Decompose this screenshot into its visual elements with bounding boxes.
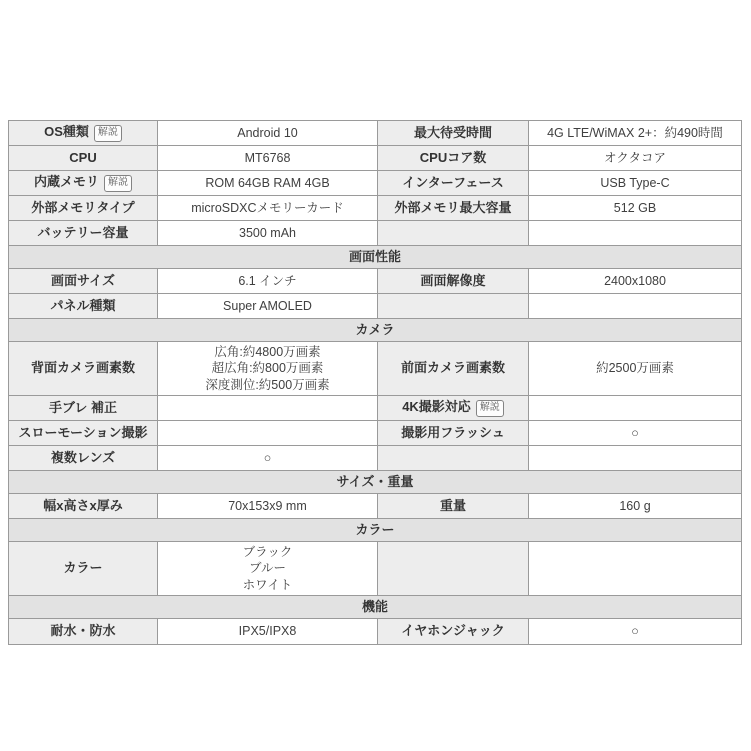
section-title-features: 機能 [9, 596, 742, 619]
section-title-camera: カメラ [9, 319, 742, 342]
color-line-white: ホワイト [161, 577, 374, 593]
value-front-camera: 約2500万画素 [529, 342, 742, 396]
label-flash: 撮影用フラッシュ [378, 421, 529, 446]
label-cpu-cores: CPUコア数 [378, 146, 529, 171]
label-panel-type: パネル種類 [9, 294, 158, 319]
value-os-type: Android 10 [158, 121, 378, 146]
value-empty [529, 542, 742, 596]
spec-row-slowmotion: スローモーション撮影 撮影用フラッシュ ○ [9, 421, 742, 446]
section-row-size-weight: サイズ・重量 [9, 471, 742, 494]
section-row-display: 画面性能 [9, 246, 742, 269]
value-rear-camera: 広角:約4800万画素 超広角:約800万画素 深度測位:約500万画素 [158, 342, 378, 396]
value-color: ブラック ブルー ホワイト [158, 542, 378, 596]
spec-table: OS種類解説 Android 10 最大待受時間 4G LTE/WiMAX 2+… [8, 120, 742, 645]
label-front-camera: 前面カメラ画素数 [378, 342, 529, 396]
spec-row-screen-size: 画面サイズ 6.1 インチ 画面解像度 2400x1080 [9, 269, 742, 294]
rear-camera-line-wide: 広角:約4800万画素 [161, 344, 374, 360]
label-os-type: OS種類解説 [9, 121, 158, 146]
label-text: 4K撮影対応 [402, 399, 471, 414]
label-slow-motion: スローモーション撮影 [9, 421, 158, 446]
label-weight: 重量 [378, 494, 529, 519]
spec-row-external-memory: 外部メモリタイプ microSDXCメモリーカード 外部メモリ最大容量 512 … [9, 196, 742, 221]
label-rear-camera: 背面カメラ画素数 [9, 342, 158, 396]
rear-camera-line-depth: 深度測位:約500万画素 [161, 377, 374, 393]
spec-row-memory: 内蔵メモリ解説 ROM 64GB RAM 4GB インターフェース USB Ty… [9, 171, 742, 196]
value-panel-type: Super AMOLED [158, 294, 378, 319]
value-interface: USB Type-C [529, 171, 742, 196]
value-weight: 160 g [529, 494, 742, 519]
label-waterproof: 耐水・防水 [9, 619, 158, 645]
label-empty [378, 542, 529, 596]
value-internal-memory: ROM 64GB RAM 4GB [158, 171, 378, 196]
value-flash: ○ [529, 421, 742, 446]
label-color: カラー [9, 542, 158, 596]
section-title-display: 画面性能 [9, 246, 742, 269]
value-multi-lens: ○ [158, 446, 378, 471]
label-screen-size: 画面サイズ [9, 269, 158, 294]
value-cpu-cores: オクタコア [529, 146, 742, 171]
section-title-color: カラー [9, 519, 742, 542]
value-cpu: MT6768 [158, 146, 378, 171]
spec-row-stabilization: 手ブレ 補正 4K撮影対応解説 [9, 396, 742, 421]
spec-row-dimensions: 幅x高さx厚み 70x153x9 mm 重量 160 g [9, 494, 742, 519]
label-screen-resolution: 画面解像度 [378, 269, 529, 294]
kaisetsu-badge[interactable]: 解説 [104, 175, 132, 192]
label-empty [378, 221, 529, 246]
spec-row-battery: バッテリー容量 3500 mAh [9, 221, 742, 246]
label-external-memory-max: 外部メモリ最大容量 [378, 196, 529, 221]
label-text: OS種類 [44, 124, 89, 139]
label-dimensions: 幅x高さx厚み [9, 494, 158, 519]
kaisetsu-badge[interactable]: 解説 [476, 400, 504, 417]
label-empty [378, 446, 529, 471]
section-row-color: カラー [9, 519, 742, 542]
color-line-black: ブラック [161, 544, 374, 560]
label-multi-lens: 複数レンズ [9, 446, 158, 471]
label-headphone-jack: イヤホンジャック [378, 619, 529, 645]
label-cpu: CPU [9, 146, 158, 171]
section-row-features: 機能 [9, 596, 742, 619]
section-row-camera: カメラ [9, 319, 742, 342]
label-battery: バッテリー容量 [9, 221, 158, 246]
section-title-size-weight: サイズ・重量 [9, 471, 742, 494]
label-image-stabilization: 手ブレ 補正 [9, 396, 158, 421]
value-empty [529, 221, 742, 246]
value-slow-motion [158, 421, 378, 446]
spec-row-color: カラー ブラック ブルー ホワイト [9, 542, 742, 596]
value-headphone-jack: ○ [529, 619, 742, 645]
value-4k-recording [529, 396, 742, 421]
value-standby-time: 4G LTE/WiMAX 2+：約490時間 [529, 121, 742, 146]
spec-row-multilens: 複数レンズ ○ [9, 446, 742, 471]
kaisetsu-badge[interactable]: 解説 [94, 125, 122, 142]
rear-camera-line-ultrawide: 超広角:約800万画素 [161, 360, 374, 376]
spec-row-panel: パネル種類 Super AMOLED [9, 294, 742, 319]
value-battery: 3500 mAh [158, 221, 378, 246]
spec-row-waterproof: 耐水・防水 IPX5/IPX8 イヤホンジャック ○ [9, 619, 742, 645]
label-internal-memory: 内蔵メモリ解説 [9, 171, 158, 196]
value-empty [529, 446, 742, 471]
value-screen-resolution: 2400x1080 [529, 269, 742, 294]
label-interface: インターフェース [378, 171, 529, 196]
label-4k-recording: 4K撮影対応解説 [378, 396, 529, 421]
value-waterproof: IPX5/IPX8 [158, 619, 378, 645]
value-external-memory-type: microSDXCメモリーカード [158, 196, 378, 221]
label-empty [378, 294, 529, 319]
value-empty [529, 294, 742, 319]
value-image-stabilization [158, 396, 378, 421]
value-screen-size: 6.1 インチ [158, 269, 378, 294]
label-text: 内蔵メモリ [34, 174, 99, 189]
value-dimensions: 70x153x9 mm [158, 494, 378, 519]
value-external-memory-max: 512 GB [529, 196, 742, 221]
spec-row-os: OS種類解説 Android 10 最大待受時間 4G LTE/WiMAX 2+… [9, 121, 742, 146]
label-external-memory-type: 外部メモリタイプ [9, 196, 158, 221]
label-standby-time: 最大待受時間 [378, 121, 529, 146]
spec-row-rear-camera: 背面カメラ画素数 広角:約4800万画素 超広角:約800万画素 深度測位:約5… [9, 342, 742, 396]
color-line-blue: ブルー [161, 560, 374, 576]
spec-row-cpu: CPU MT6768 CPUコア数 オクタコア [9, 146, 742, 171]
